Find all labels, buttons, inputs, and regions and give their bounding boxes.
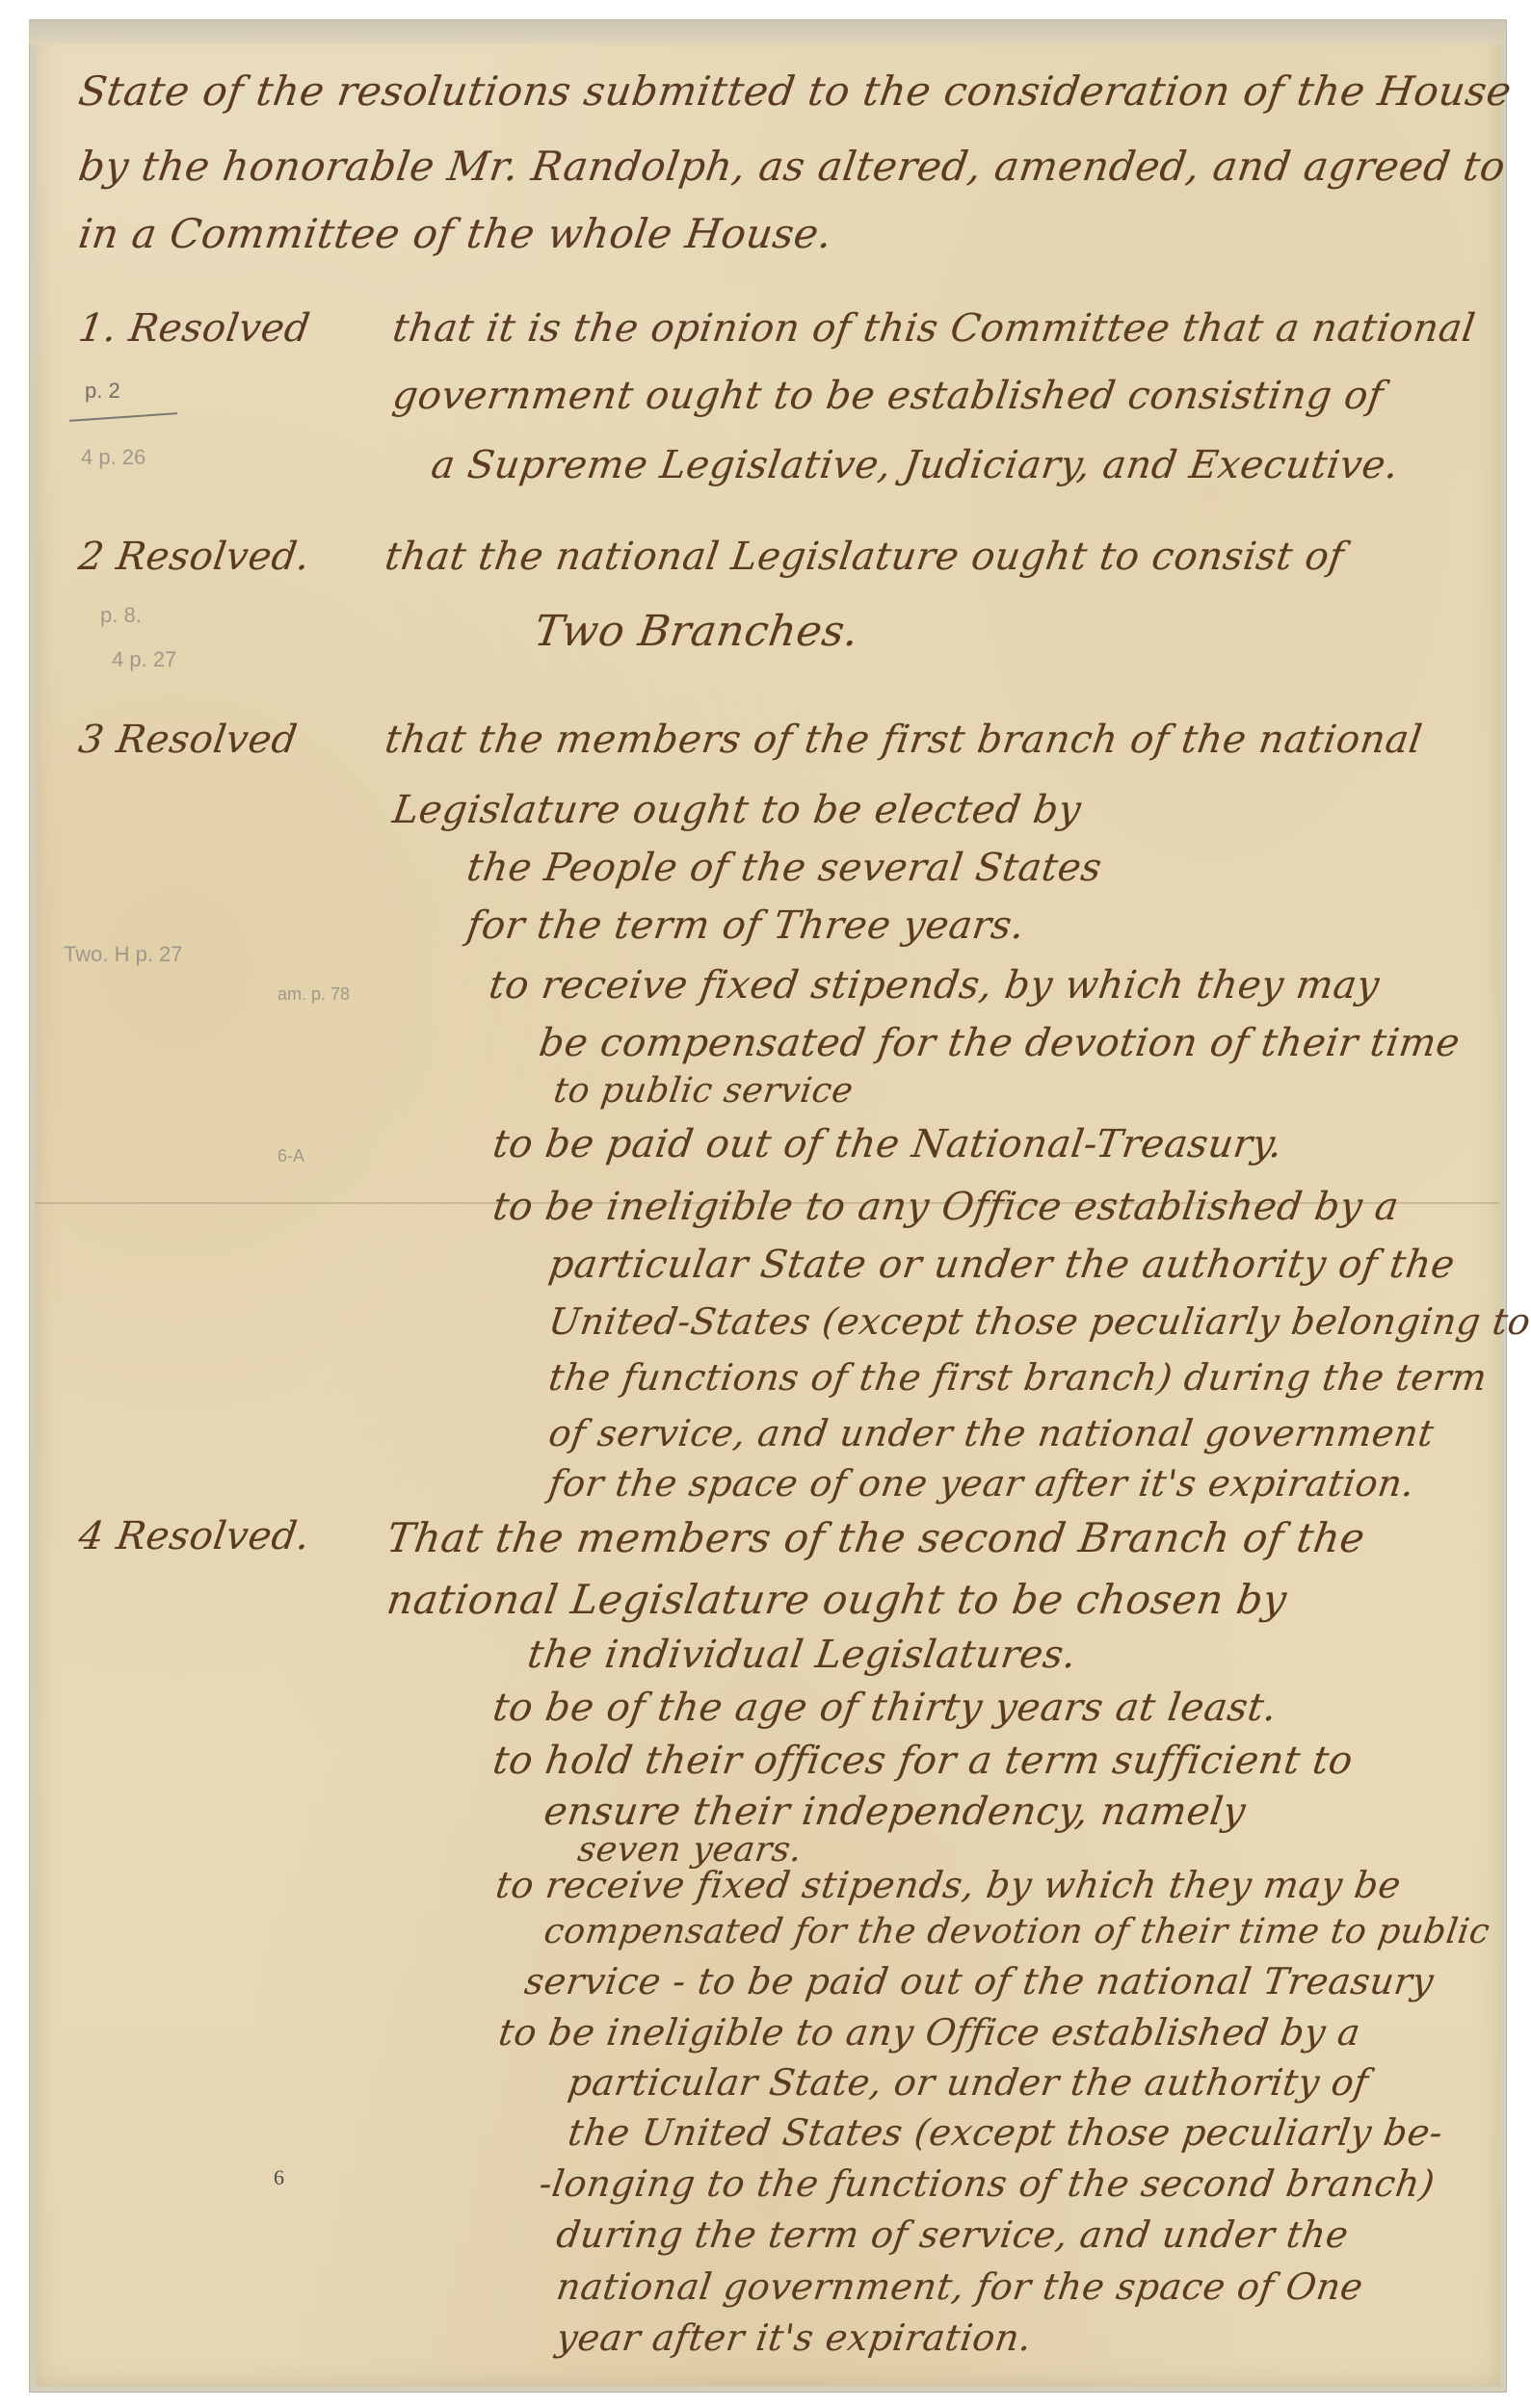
resolution-2-label: 2 Resolved. — [76, 535, 313, 579]
heading-line-1: State of the resolutions submitted to th… — [76, 67, 1515, 115]
heading-line-2: by the honorable Mr. Randolph, as altere… — [76, 143, 1509, 190]
page-top-edge — [29, 19, 1505, 44]
resolution-4-line: to be of the age of thirty years at leas… — [490, 1686, 1280, 1730]
heading-line-3: in a Committee of the whole House. — [76, 210, 835, 257]
margin-note: p. 8. — [100, 603, 142, 628]
resolution-3-line: for the space of one year after it's exp… — [546, 1462, 1417, 1505]
resolution-4-line: to hold their offices for a term suffici… — [490, 1739, 1356, 1783]
resolution-1-line: government ought to be established consi… — [390, 374, 1386, 418]
margin-note: 4 p. 26 — [81, 445, 145, 470]
resolution-3-line: to be paid out of the National-Treasury. — [490, 1122, 1285, 1166]
resolution-3-line: for the term of Three years. — [464, 903, 1028, 948]
resolution-4-line: ensure their independency, namely — [541, 1790, 1249, 1834]
resolution-3-line: be compensated for the devotion of their… — [537, 1021, 1463, 1065]
resolution-1-label: 1. Resolved — [76, 306, 313, 351]
resolution-3-label: 3 Resolved — [76, 718, 301, 762]
resolution-4-line: national Legislature ought to be chosen … — [384, 1576, 1290, 1623]
resolution-3-line: United-States (except those peculiarly b… — [546, 1300, 1531, 1343]
resolution-3-line: to be ineligible to any Office establish… — [490, 1185, 1402, 1229]
margin-note: am. p. 78 — [277, 984, 350, 1005]
resolution-4-line: to receive fixed stipends, by which they… — [493, 1864, 1404, 1906]
resolution-3-line: Legislature ought to be elected by — [390, 788, 1084, 832]
margin-note: p. 2 — [85, 379, 120, 404]
resolution-3-line: to receive fixed stipends, by which they… — [487, 963, 1383, 1008]
resolution-1-line: a Supreme Legislative, Judiciary, and Ex… — [429, 443, 1402, 487]
resolution-4-line: service - to be paid out of the national… — [522, 1960, 1437, 2002]
margin-note: Two. H p. 27 — [64, 942, 183, 967]
margin-note: 4 p. 27 — [112, 647, 176, 672]
resolution-3-line: the functions of the first branch) durin… — [546, 1356, 1490, 1399]
resolution-4-line: the United States (except those peculiar… — [566, 2111, 1446, 2154]
resolution-4-line: the individual Legislatures. — [525, 1633, 1079, 1677]
resolution-4-label: 4 Resolved. — [76, 1514, 313, 1558]
resolution-2-line: that the national Legislature ought to c… — [383, 535, 1347, 579]
resolution-4-line: year after it's expiration. — [554, 2316, 1035, 2359]
resolution-4-line: national government, for the space of On… — [554, 2265, 1366, 2308]
page-number: 6 — [274, 2165, 284, 2190]
resolution-4-line: during the term of service, and under th… — [554, 2213, 1352, 2256]
resolution-4-line: -longing to the functions of the second … — [537, 2162, 1438, 2205]
resolution-4-line: particular State, or under the authority… — [566, 2061, 1371, 2104]
resolution-4-line: compensated for the devotion of their ti… — [541, 1912, 1492, 1951]
resolution-3-line: that the members of the first branch of … — [383, 718, 1425, 762]
resolution-4-line: to be ineligible to any Office establish… — [496, 2011, 1363, 2054]
resolution-3-line: particular State or under the authority … — [546, 1243, 1458, 1287]
margin-note: 6-A — [277, 1146, 304, 1166]
resolution-3-line: to public service — [551, 1071, 856, 1111]
resolution-3-line: the People of the several States — [464, 846, 1105, 890]
resolution-2-line: Two Branches. — [531, 607, 861, 656]
resolution-3-line: of service, and under the national gover… — [546, 1412, 1437, 1454]
resolution-1-line: that it is the opinion of this Committee… — [390, 306, 1478, 351]
resolution-4-line: That the members of the second Branch of… — [384, 1514, 1368, 1561]
